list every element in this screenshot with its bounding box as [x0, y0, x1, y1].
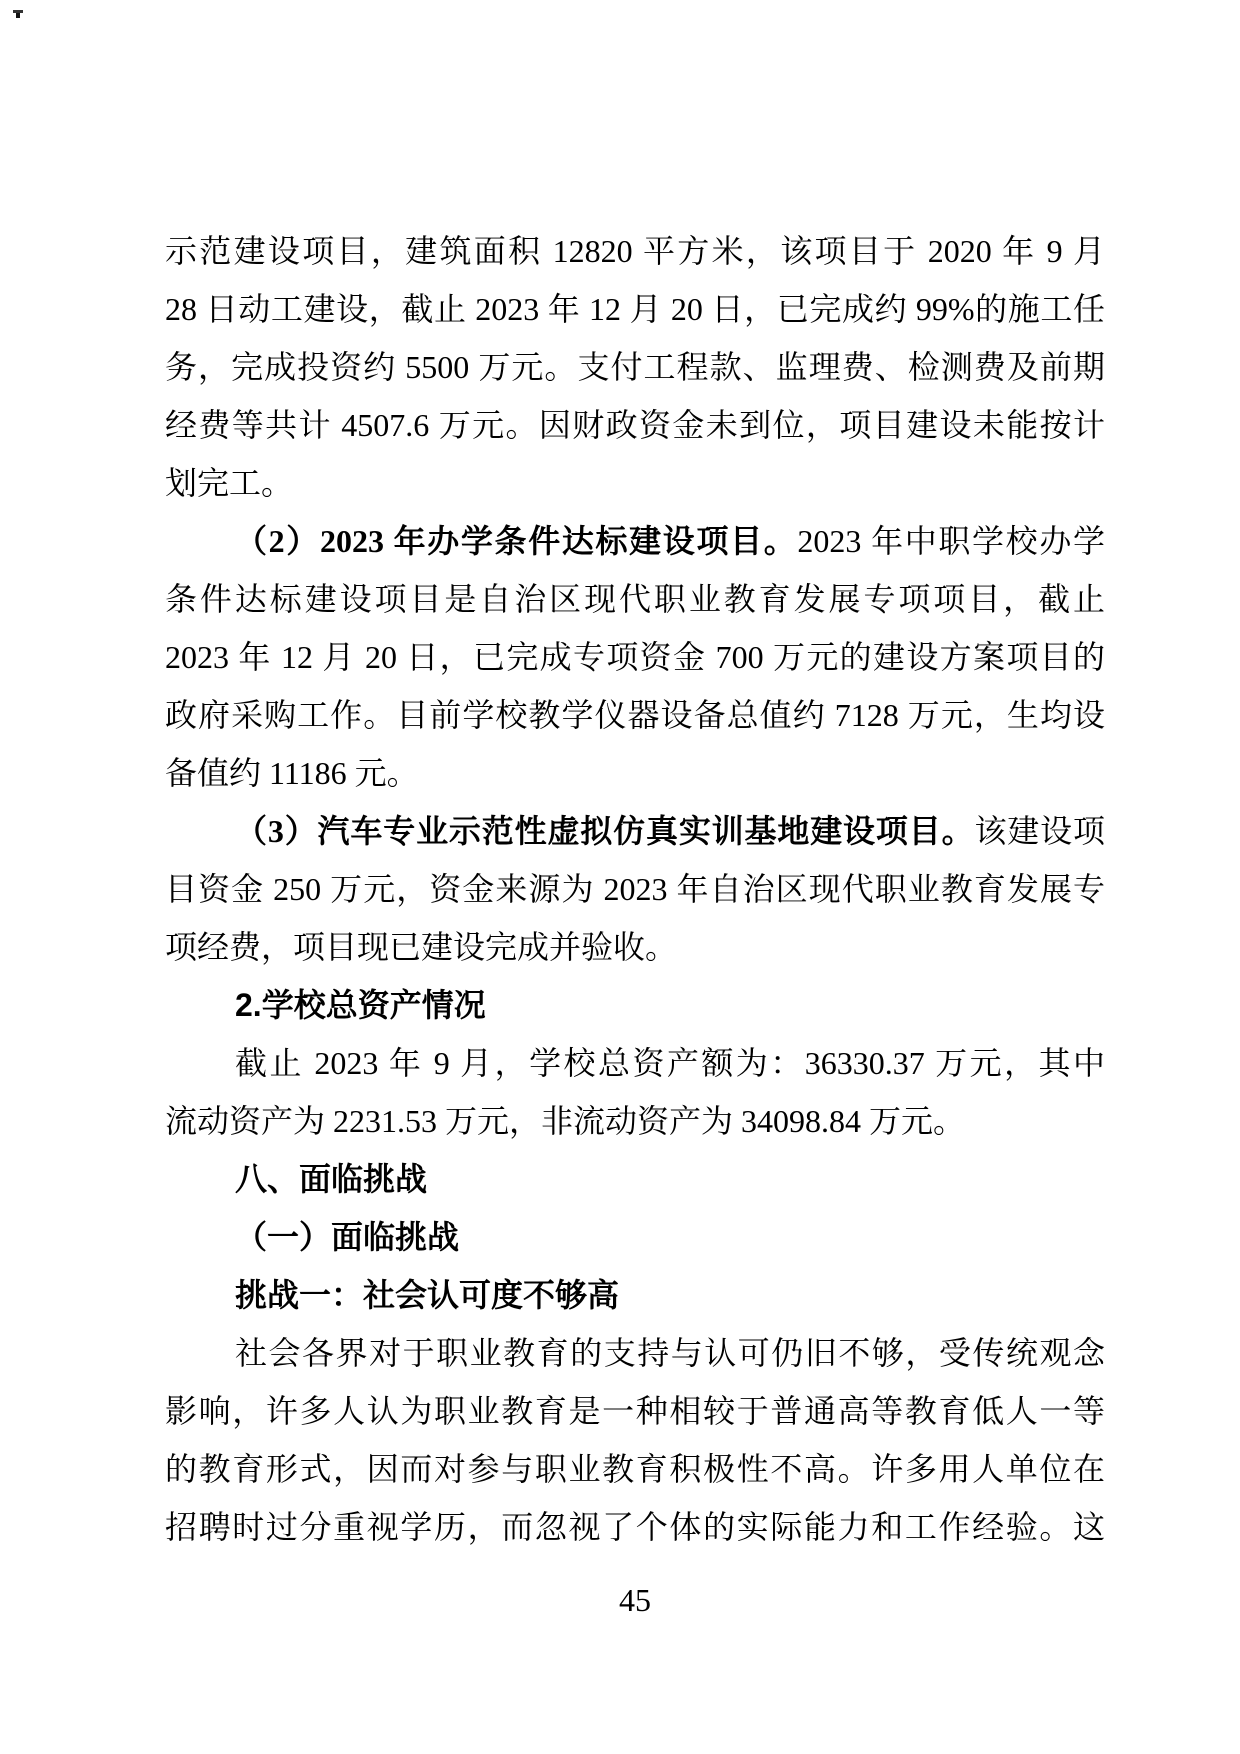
text-line: 28 日动工建设，截止 2023 年 12 月 20 日，已完成约 99%的施工… [165, 280, 1105, 338]
text-line: 项经费，项目现已建设完成并验收。 [165, 918, 1105, 976]
text-segment: 招聘时过分重视学历，而忽视了个体的实际能力和工作经验。这 [165, 1509, 1105, 1545]
bold-text-segment: （一）面临挑战 [235, 1219, 459, 1255]
bold-text-segment: （2）2023 年办学条件达标建设项目。 [235, 523, 797, 559]
bold-text-segment: 2.学校总资产情况 [235, 987, 486, 1023]
text-line: 流动资产为 2231.53 万元，非流动资产为 34098.84 万元。 [165, 1092, 1105, 1150]
text-segment: 目资金 250 万元，资金来源为 2023 年自治区现代职业教育发展专 [165, 871, 1105, 907]
text-segment: 示范建设项目，建筑面积 12820 平方米，该项目于 2020 年 9 月 [165, 233, 1105, 269]
text-segment: 的教育形式，因而对参与职业教育积极性不高。许多用人单位在 [165, 1451, 1105, 1487]
text-segment: 社会各界对于职业教育的支持与认可仍旧不够，受传统观念 [235, 1335, 1105, 1371]
document-page: 示范建设项目，建筑面积 12820 平方米，该项目于 2020 年 9 月28 … [0, 0, 1240, 1754]
text-line: 政府采购工作。目前学校教学仪器设备总值约 7128 万元，生均设 [165, 686, 1105, 744]
text-line: 2023 年 12 月 20 日，已完成专项资金 700 万元的建设方案项目的 [165, 628, 1105, 686]
page-number: 45 [165, 1578, 1105, 1622]
text-line: 的教育形式，因而对参与职业教育积极性不高。许多用人单位在 [165, 1440, 1105, 1498]
text-line: 务，完成投资约 5500 万元。支付工程款、监理费、检测费及前期 [165, 338, 1105, 396]
text-line: 划完工。 [165, 454, 1105, 512]
corner-mark-stem [16, 13, 20, 18]
text-segment: 2023 年 12 月 20 日，已完成专项资金 700 万元的建设方案项目的 [165, 639, 1105, 675]
text-segment: 2023 年中职学校办学 [797, 523, 1105, 559]
text-segment: 影响，许多人认为职业教育是一种相较于普通高等教育低人一等 [165, 1393, 1105, 1429]
bold-text-segment: （3）汽车专业示范性虚拟仿真实训基地建设项目。 [235, 813, 974, 849]
text-line: 目资金 250 万元，资金来源为 2023 年自治区现代职业教育发展专 [165, 860, 1105, 918]
bold-text-segment: 八、面临挑战 [235, 1161, 427, 1197]
text-line: 影响，许多人认为职业教育是一种相较于普通高等教育低人一等 [165, 1382, 1105, 1440]
text-line: 经费等共计 4507.6 万元。因财政资金未到位，项目建设未能按计 [165, 396, 1105, 454]
text-line: 招聘时过分重视学历，而忽视了个体的实际能力和工作经验。这 [165, 1498, 1105, 1556]
text-segment: 项经费，项目现已建设完成并验收。 [165, 929, 677, 965]
text-line: 社会各界对于职业教育的支持与认可仍旧不够，受传统观念 [165, 1324, 1105, 1382]
text-line: 条件达标建设项目是自治区现代职业教育发展专项项目，截止 [165, 570, 1105, 628]
text-line: 截止 2023 年 9 月，学校总资产额为：36330.37 万元，其中 [165, 1034, 1105, 1092]
text-segment: 流动资产为 2231.53 万元，非流动资产为 34098.84 万元。 [165, 1103, 965, 1139]
corner-mark-icon [13, 10, 23, 18]
text-line: （2）2023 年办学条件达标建设项目。2023 年中职学校办学 [165, 512, 1105, 570]
text-line: 八、面临挑战 [165, 1150, 1105, 1208]
bold-text-segment: 挑战一：社会认可度不够高 [235, 1277, 619, 1313]
text-segment: 截止 2023 年 9 月，学校总资产额为：36330.37 万元，其中 [235, 1045, 1105, 1081]
text-line: 挑战一：社会认可度不够高 [165, 1266, 1105, 1324]
text-segment: 经费等共计 4507.6 万元。因财政资金未到位，项目建设未能按计 [165, 407, 1105, 443]
text-segment: 政府采购工作。目前学校教学仪器设备总值约 7128 万元，生均设 [165, 697, 1105, 733]
text-line: （3）汽车专业示范性虚拟仿真实训基地建设项目。该建设项 [165, 802, 1105, 860]
text-line: （一）面临挑战 [165, 1208, 1105, 1266]
text-segment: 备值约 11186 元。 [165, 755, 419, 791]
text-segment: 划完工。 [165, 465, 293, 501]
document-body: 示范建设项目，建筑面积 12820 平方米，该项目于 2020 年 9 月28 … [165, 222, 1105, 1556]
text-segment: 28 日动工建设，截止 2023 年 12 月 20 日，已完成约 99%的施工… [165, 291, 1105, 327]
text-line: 示范建设项目，建筑面积 12820 平方米，该项目于 2020 年 9 月 [165, 222, 1105, 280]
text-segment: 条件达标建设项目是自治区现代职业教育发展专项项目，截止 [165, 581, 1105, 617]
text-line: 备值约 11186 元。 [165, 744, 1105, 802]
text-segment: 该建设项 [974, 813, 1105, 849]
text-line: 2.学校总资产情况 [165, 976, 1105, 1034]
text-segment: 务，完成投资约 5500 万元。支付工程款、监理费、检测费及前期 [165, 349, 1105, 385]
